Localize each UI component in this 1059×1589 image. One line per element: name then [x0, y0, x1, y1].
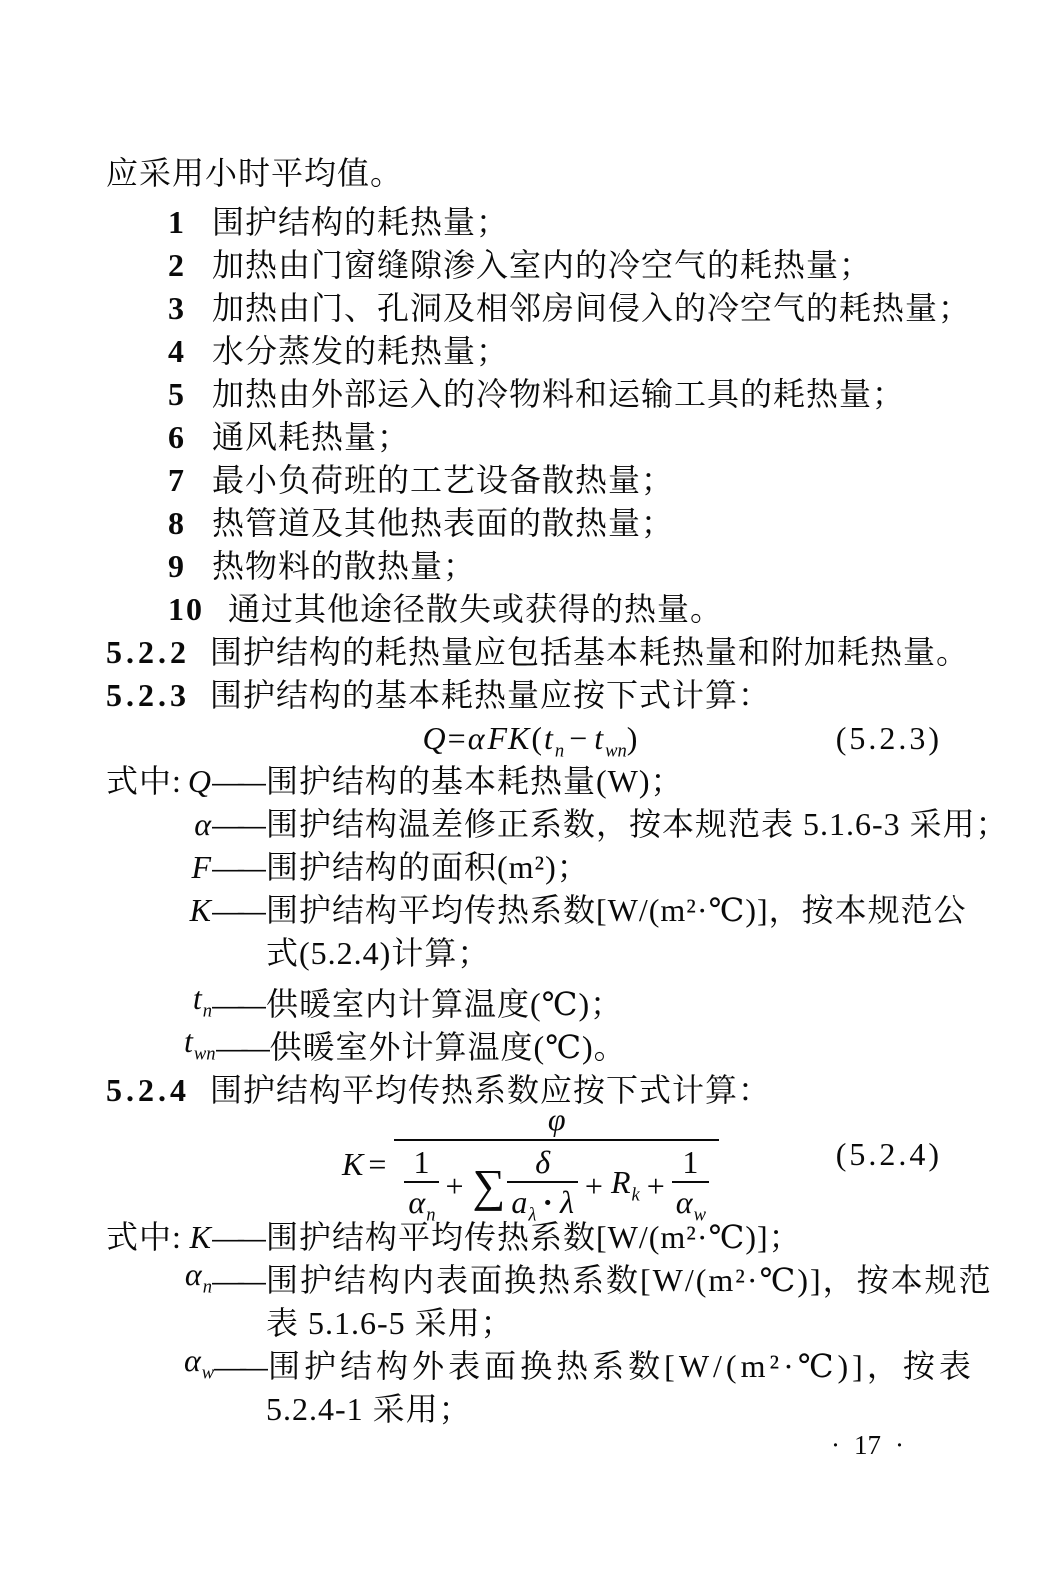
list-item-9: 9热物料的散热量； — [106, 545, 954, 588]
equation-number: (5.2.3) — [836, 717, 942, 760]
section-number: 5.2.4 — [106, 1069, 210, 1112]
var-phi: φ — [547, 1103, 567, 1135]
var-alpha: α — [467, 720, 487, 756]
formula-5-2-4: K= φ 1 αn + ∑ δ aλ·λ + — [341, 1103, 719, 1225]
section-heading-5-2-3: 5.2.3围护结构的基本耗热量应按下式计算： — [106, 674, 954, 717]
list-item-4: 4水分蒸发的耗热量； — [106, 330, 954, 373]
list-item-text: 热物料的散热量； — [212, 548, 476, 584]
variable-dash: —— — [212, 803, 266, 846]
variable-description-continuation: 式(5.2.4)计算； — [266, 932, 954, 975]
list-item-text: 加热由门、孔洞及相邻房间侵入的冷空气的耗热量； — [212, 290, 971, 326]
list-item-number: 1 — [168, 201, 188, 244]
plus-sign: + — [439, 1170, 471, 1202]
sub-wn: wn — [194, 1043, 216, 1064]
variable-symbol: α — [184, 803, 212, 846]
variable-dash: —— — [216, 1026, 270, 1069]
main-fraction: φ 1 αn + ∑ δ aλ·λ + Rk — [394, 1103, 719, 1225]
var-alpha: α — [675, 1184, 694, 1220]
sub-k: k — [632, 1184, 640, 1205]
list-item-number: 5 — [168, 373, 188, 416]
sub-n: n — [555, 740, 564, 761]
variable-description: 供暖室外计算温度(℃)。 — [270, 1026, 627, 1069]
list-item-7: 7最小负荷班的工艺设备散热量； — [106, 459, 954, 502]
variable-description: 供暖室内计算温度(℃)； — [266, 983, 623, 1026]
plus-sign: + — [578, 1170, 610, 1202]
variable-symbol: K — [184, 889, 212, 932]
list-item-text: 通风耗热量； — [212, 419, 410, 455]
inner-fraction: 1 αn — [404, 1146, 438, 1225]
list-item-number: 2 — [168, 244, 188, 287]
denominator-alpha-w: αw — [672, 1181, 709, 1225]
sigma-symbol: ∑ — [471, 1165, 508, 1206]
section-number: 5.2.2 — [106, 631, 210, 674]
var-R: R — [610, 1164, 632, 1200]
variable-dash: —— — [212, 1259, 266, 1302]
variable-dash: —— — [212, 760, 266, 803]
fraction-numerator: φ — [537, 1103, 577, 1139]
minus-sign: − — [564, 720, 593, 756]
where-row-tn: tn —— 供暖室内计算温度(℃)； — [106, 983, 954, 1026]
var-alpha: α — [194, 806, 212, 842]
variable-symbol: twn — [184, 1020, 216, 1075]
variable-symbol: αw — [184, 1339, 214, 1394]
fraction-denominator: 1 αn + ∑ δ aλ·λ + Rk + 1 — [394, 1139, 719, 1225]
multiplication-dot: · — [536, 1184, 559, 1220]
var-alpha: α — [185, 1256, 203, 1292]
var-Q: Q — [188, 763, 212, 799]
variable-description-continuation: 5.2.4-1 采用； — [266, 1388, 954, 1431]
variable-description: 围护结构外表面换热系数[W/(m²·℃)]，按表 — [268, 1345, 975, 1388]
variable-description-continuation: 表 5.1.6-5 采用； — [266, 1302, 954, 1345]
var-alpha: α — [407, 1184, 426, 1220]
sub-wn: wn — [605, 740, 627, 761]
sub-n: n — [203, 1000, 212, 1021]
list-item-text: 最小负荷班的工艺设备散热量； — [212, 462, 674, 498]
list-item-text: 通过其他途径散失或获得的热量。 — [228, 591, 723, 627]
variable-description: 围护结构温差修正系数，按本规范表 5.1.6-3 采用； — [266, 803, 1009, 846]
list-item-5: 5加热由外部运入的冷物料和运输工具的耗热量； — [106, 373, 954, 416]
variable-dash: —— — [212, 983, 266, 1026]
where-row-F: F —— 围护结构的面积(m²)； — [106, 846, 954, 889]
list-item-6: 6通风耗热量； — [106, 416, 954, 459]
list-item-number: 10 — [168, 588, 204, 631]
var-t: t — [184, 1023, 194, 1059]
equals-sign: = — [448, 720, 467, 756]
numerator-delta: δ — [531, 1146, 554, 1181]
list-item-number: 9 — [168, 545, 188, 588]
var-t: t — [593, 720, 605, 756]
page-number-dot: · — [895, 1430, 904, 1460]
section-heading-5-2-2: 5.2.2围护结构的耗热量应包括基本耗热量和附加耗热量。 — [106, 631, 954, 674]
equation-5-2-4: K= φ 1 αn + ∑ δ aλ·λ + — [106, 1112, 954, 1216]
denominator-alpha-n: αn — [404, 1181, 438, 1225]
variable-dash: —— — [214, 1345, 268, 1388]
equals-sign: = — [364, 1146, 394, 1183]
paren: ) — [627, 720, 639, 756]
list-item-2: 2加热由门窗缝隙渗入室内的冷空气的耗热量； — [106, 244, 954, 287]
list-item-number: 4 — [168, 330, 188, 373]
variable-description: 围护结构平均传热系数[W/(m²·℃)]，按本规范公 — [266, 889, 967, 932]
list-item-number: 8 — [168, 502, 188, 545]
variable-dash: —— — [212, 1216, 266, 1259]
list-item-text: 加热由门窗缝隙渗入室内的冷空气的耗热量； — [212, 247, 872, 283]
list-item-10: 10通过其他途径散失或获得的热量。 — [106, 588, 954, 631]
list-item-number: 6 — [168, 416, 188, 459]
list-item-text: 水分蒸发的耗热量； — [212, 333, 509, 369]
var-alpha: α — [184, 1342, 202, 1378]
var-K: K — [190, 1219, 212, 1255]
sub-n: n — [426, 1204, 435, 1225]
where-row-alpha-n: αn —— 围护结构内表面换热系数[W/(m²·℃)]，按本规范 — [106, 1259, 954, 1302]
variable-dash: —— — [212, 889, 266, 932]
denominator-a-lambda: aλ·λ — [507, 1181, 578, 1225]
var-t: t — [543, 720, 555, 756]
list-item-8: 8热管道及其他热表面的散热量； — [106, 502, 954, 545]
list-item-text: 热管道及其他热表面的散热量； — [212, 505, 674, 541]
variable-symbol: Q — [184, 760, 212, 803]
var-FK: FK — [486, 720, 531, 756]
numerator-one: 1 — [679, 1146, 701, 1181]
formula-5-2-3: Q=αFK(tn−twn) — [422, 720, 639, 756]
equation-number: (5.2.4) — [836, 1136, 942, 1173]
term-Rk: Rk — [610, 1166, 640, 1205]
where-row-Q: 式中: Q —— 围护结构的基本耗热量(W)； — [106, 760, 954, 803]
variable-description: 围护结构内表面换热系数[W/(m²·℃)]，按本规范 — [266, 1259, 993, 1302]
list-item-number: 7 — [168, 459, 188, 502]
page-number-dot: · — [831, 1430, 840, 1460]
variable-description: 围护结构的面积(m²)； — [266, 846, 590, 889]
paren: ( — [531, 720, 543, 756]
sub-w: w — [202, 1362, 214, 1383]
inner-fraction: 1 αw — [672, 1146, 709, 1225]
var-a: a — [510, 1184, 528, 1220]
page-number-value: 17 — [854, 1430, 881, 1460]
variable-symbol: αn — [184, 1253, 212, 1308]
equation-5-2-3: Q=αFK(tn−twn) (5.2.3) — [106, 717, 954, 760]
list-item-1: 1围护结构的耗热量； — [106, 201, 954, 244]
list-item-text: 围护结构的耗热量； — [212, 204, 509, 240]
page-content: 应采用小时平均值。 1围护结构的耗热量； 2加热由门窗缝隙渗入室内的冷空气的耗热… — [106, 152, 954, 1431]
var-F: F — [191, 849, 212, 885]
var-lambda: λ — [559, 1184, 575, 1220]
paragraph-intro: 应采用小时平均值。 — [106, 152, 954, 195]
where-row-K: K —— 围护结构平均传热系数[W/(m²·℃)]，按本规范公 — [106, 889, 954, 932]
section-text: 围护结构的基本耗热量应按下式计算： — [210, 677, 771, 713]
sub-w: w — [694, 1204, 706, 1225]
var-t: t — [193, 980, 203, 1016]
list-item-text: 加热由外部运入的冷物料和运输工具的耗热量； — [212, 376, 905, 412]
list-item-3: 3加热由门、孔洞及相邻房间侵入的冷空气的耗热量； — [106, 287, 954, 330]
var-Q: Q — [422, 720, 448, 756]
variable-dash: —— — [212, 846, 266, 889]
list-item-number: 3 — [168, 287, 188, 330]
where-row-alpha: α —— 围护结构温差修正系数，按本规范表 5.1.6-3 采用； — [106, 803, 954, 846]
var-K: K — [341, 1146, 364, 1183]
sub-n: n — [203, 1276, 212, 1297]
where-row-twn: twn —— 供暖室外计算温度(℃)。 — [106, 1026, 954, 1069]
page-number: ·17· — [824, 1430, 911, 1460]
variable-description: 围护结构的基本耗热量(W)； — [266, 760, 684, 803]
section-number: 5.2.3 — [106, 674, 210, 717]
var-delta: δ — [534, 1144, 551, 1180]
document-page: 应采用小时平均值。 1围护结构的耗热量； 2加热由门窗缝隙渗入室内的冷空气的耗热… — [0, 0, 1059, 1589]
plus-sign: + — [640, 1170, 672, 1202]
variable-symbol: F — [184, 846, 212, 889]
where-prefix: 式中: — [106, 760, 184, 803]
inner-fraction: δ aλ·λ — [507, 1146, 578, 1225]
var-K: K — [190, 892, 212, 928]
where-prefix: 式中: — [106, 1216, 184, 1259]
where-row-alpha-w: αw —— 围护结构外表面换热系数[W/(m²·℃)]，按表 — [106, 1345, 954, 1388]
section-text: 围护结构的耗热量应包括基本耗热量和附加耗热量。 — [210, 634, 969, 670]
numerator-one: 1 — [410, 1146, 432, 1181]
